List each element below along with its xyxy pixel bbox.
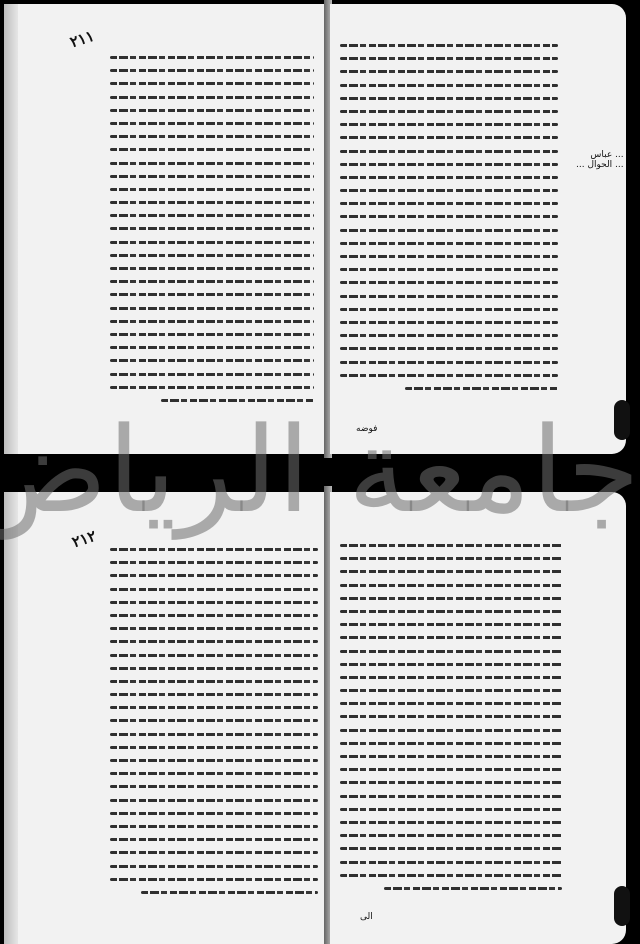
scanner-thumb-shadow [614, 886, 630, 926]
page-edge [4, 492, 18, 944]
text-block [340, 44, 558, 400]
page-right-bottom: الى [330, 492, 626, 944]
scan-divider [0, 458, 640, 486]
bottom-spread: ٢١٢ الى [0, 486, 640, 944]
margin-note: ... عباس ... الحوال ... [576, 150, 624, 170]
margin-note-line: ... الحوال ... [576, 160, 624, 170]
page-edge [4, 4, 18, 454]
scanner-thumb-shadow [614, 400, 630, 440]
page-211: ٢١١ [4, 4, 326, 454]
catchword: فوضه [356, 424, 377, 434]
top-spread: ٢١١ ... عباس ... الحوال ... فوضه [0, 0, 640, 458]
text-block [110, 548, 318, 904]
folio-number: ٢١١ [68, 27, 97, 52]
text-block [110, 56, 314, 412]
margin-note-line: ... عباس [576, 150, 624, 160]
text-block [340, 544, 562, 900]
folio-number: ٢١٢ [70, 527, 99, 552]
page-212: ٢١٢ [4, 492, 326, 944]
page-right-top: ... عباس ... الحوال ... فوضه [330, 4, 626, 454]
catchword: الى [360, 912, 373, 922]
